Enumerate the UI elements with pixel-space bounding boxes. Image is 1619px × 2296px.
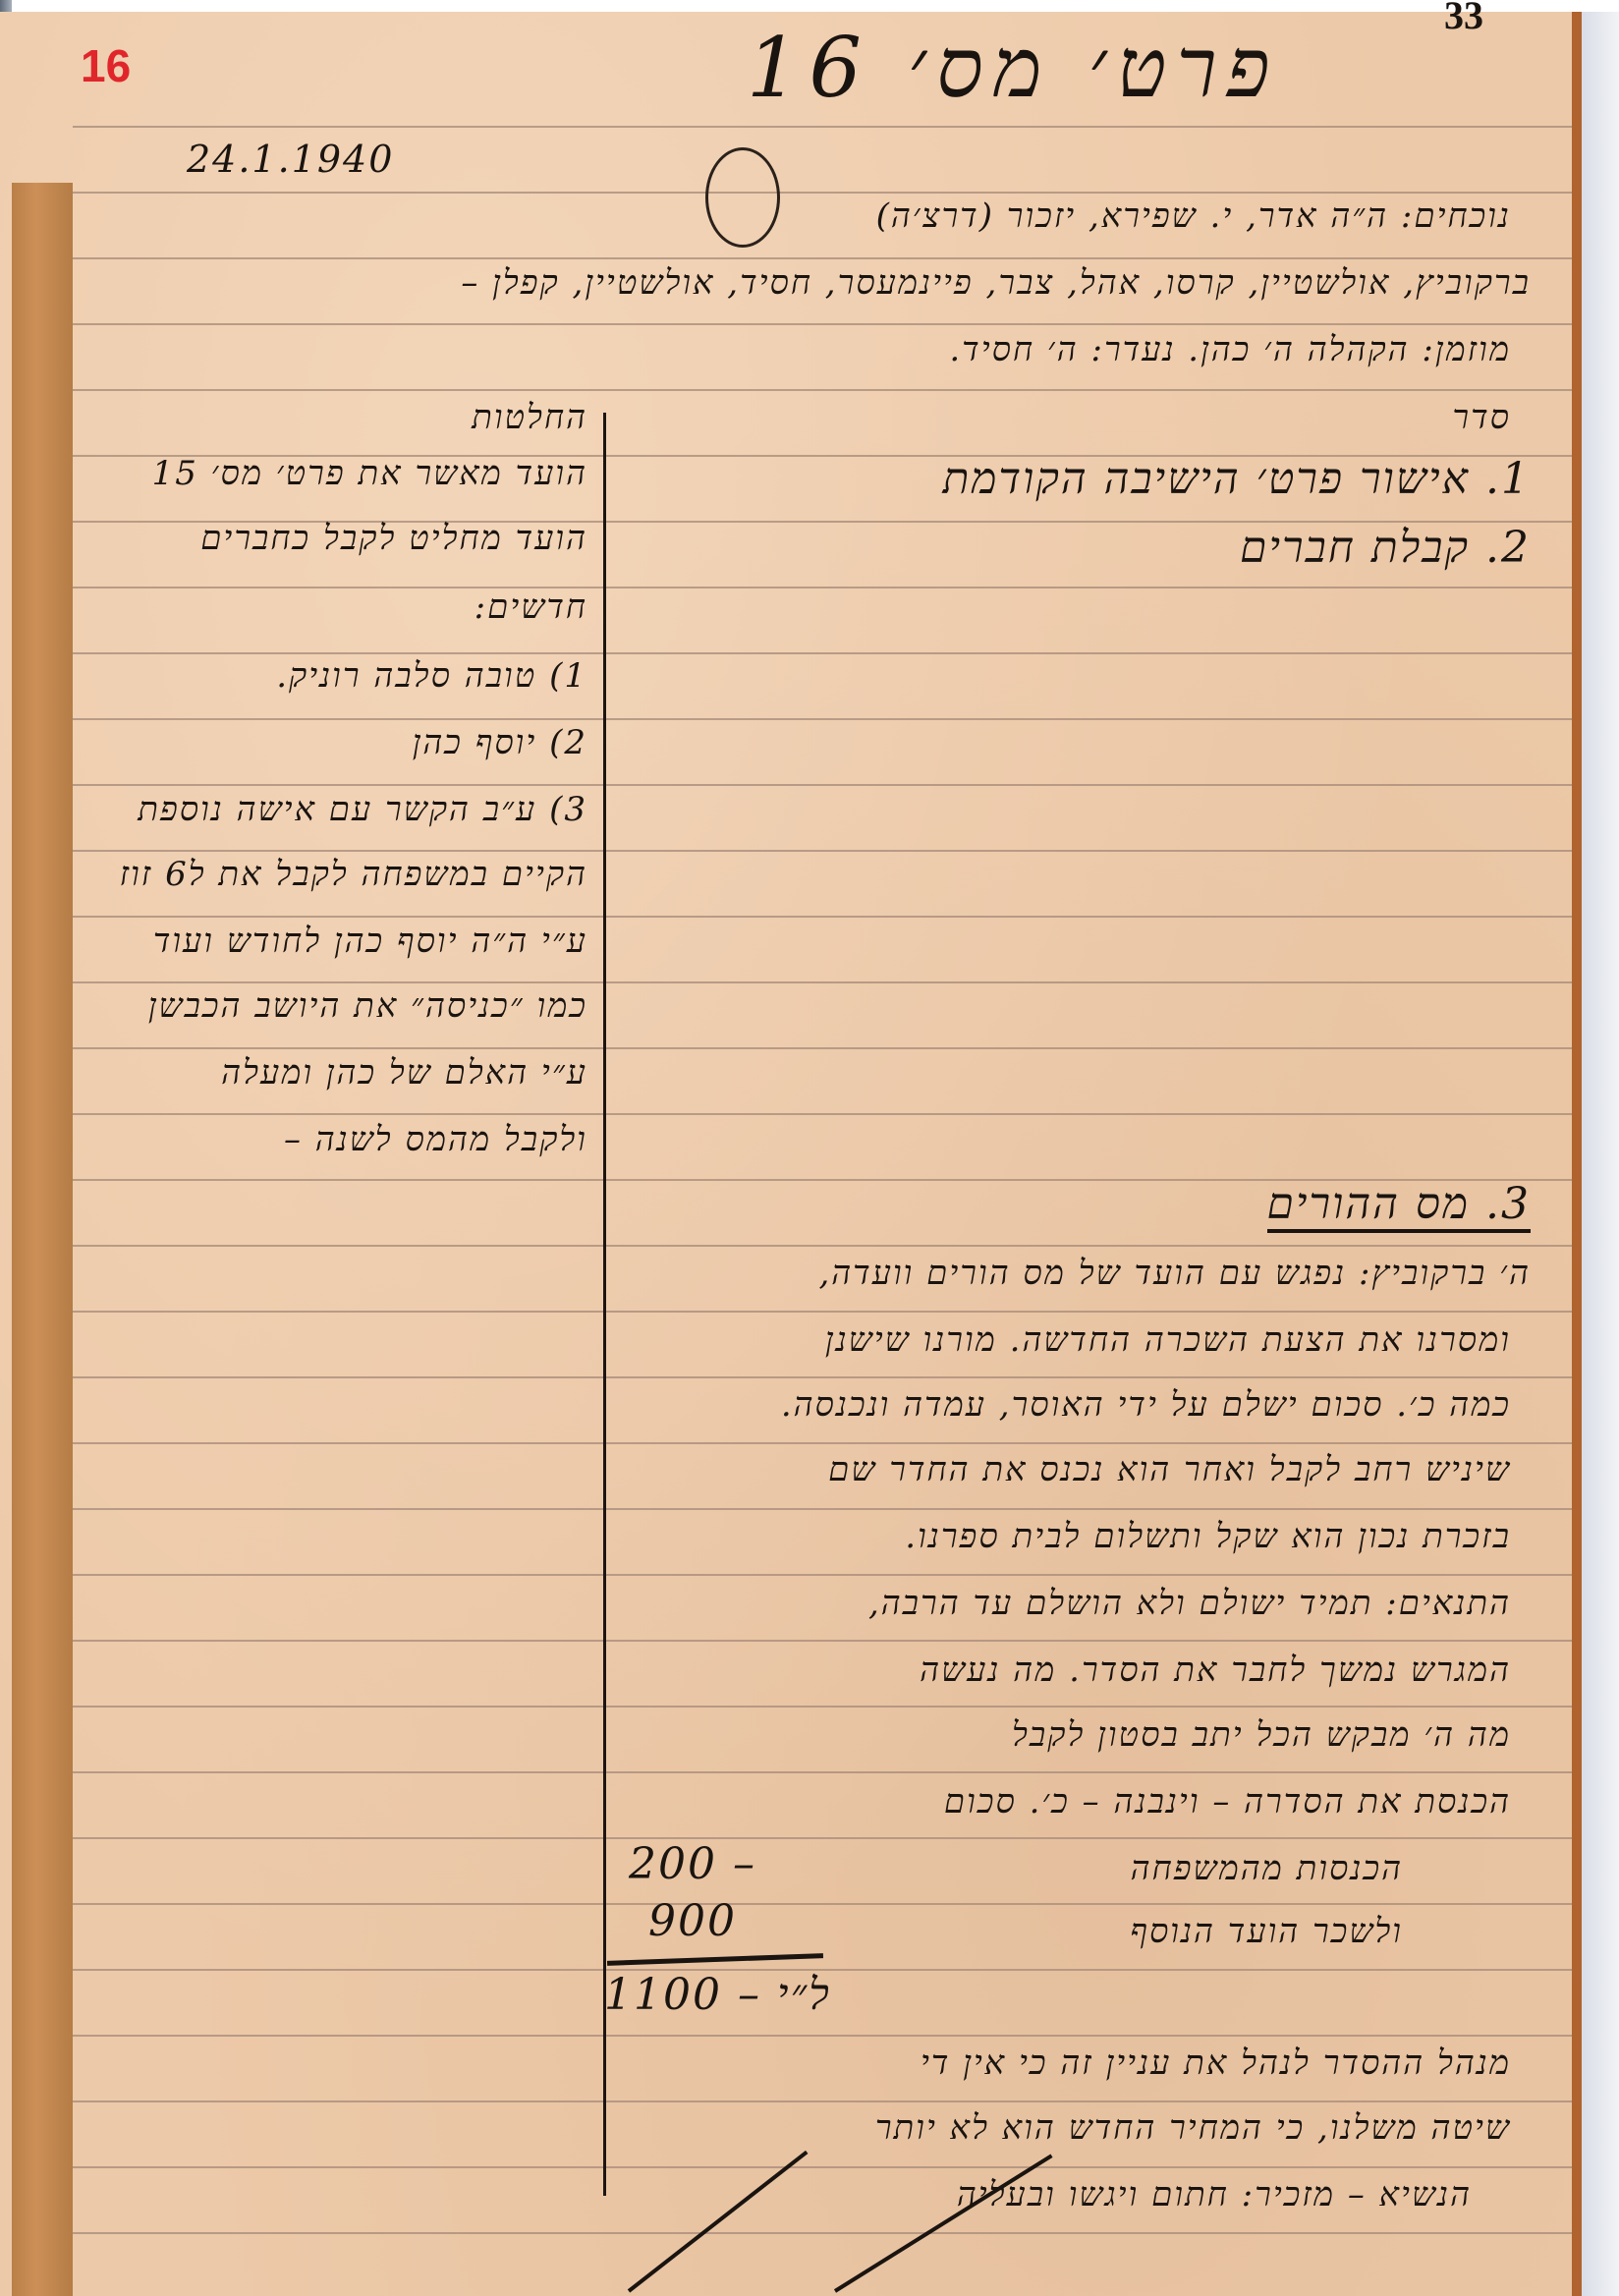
section3-line: התנאים: תמיד ישולם ולא הושלם עד הרבה, — [868, 1584, 1511, 1623]
ruled-line — [73, 1376, 1572, 1378]
ruled-line — [73, 981, 1572, 983]
section3-line: כמה כ׳. סכום ישלם על ידי האוסר, עמדה ונכ… — [781, 1385, 1511, 1425]
ruled-line — [73, 192, 1572, 194]
margin-divider-line — [603, 413, 606, 2196]
ruled-line — [73, 126, 1572, 128]
ruled-line — [73, 1903, 1572, 1905]
ruled-line — [73, 850, 1572, 852]
scan-background-strip — [1582, 12, 1619, 2296]
margin-note-line: ולקבל מהמס לשנה – — [284, 1120, 587, 1159]
ruled-line — [73, 389, 1572, 391]
margin-note-line: הועד מחליט לקבל כחברים — [200, 519, 587, 558]
ruled-line — [73, 257, 1572, 259]
section3-line: בזכרת נכון הוא שקל ותשלום לבית ספרנו. — [905, 1517, 1511, 1556]
ruled-line — [73, 587, 1572, 588]
ledger-row-amount: 200 – — [629, 1839, 756, 1889]
ruled-line — [73, 652, 1572, 654]
ruled-line — [73, 1706, 1572, 1708]
ruled-line — [73, 1837, 1572, 1839]
ledger-row-label: ולשכר הועד הנוסף — [1130, 1912, 1403, 1951]
ruled-line — [73, 1508, 1572, 1510]
ruled-line — [73, 784, 1572, 786]
margin-tape-strip — [12, 183, 73, 2296]
protocol-date: 24.1.1940 — [187, 138, 394, 181]
agenda-item-1: 1. אישור פרט׳ הישיבה הקודמת — [942, 454, 1531, 504]
ruled-line — [73, 718, 1572, 720]
section3-line: המגרש נמשך לחבר את הסדר. מה נעשה — [920, 1651, 1511, 1690]
ruled-line — [73, 916, 1572, 918]
margin-note-line: הקיים במשפחה לקבל את ל6 זוז — [120, 855, 587, 894]
ink-loop-mark — [705, 147, 780, 248]
ruled-line — [73, 1442, 1572, 1444]
margin-note-line: 1) טובה סלבה רוניק. — [276, 656, 587, 696]
ruled-line — [73, 1640, 1572, 1642]
closing-line: מנהל ההסדר לנהל את עניין זה כי אין די — [921, 2044, 1511, 2083]
closing-line: הנשיא – מזכיר: חתום ויגשו ובעליה — [957, 2175, 1472, 2214]
protocol-title: פרט׳ מס׳ 16 — [747, 20, 1280, 117]
ruled-line — [73, 2232, 1572, 2234]
ruled-line — [73, 1113, 1572, 1115]
attendees-line-3: מוזמן: הקהלה ה׳ כהן. נעדר: ה׳ חסיד. — [949, 330, 1511, 369]
ruled-line — [73, 2035, 1572, 2037]
section3-line: ומסרנו את הצעת השכרה החדשה. מורנו שישנן — [825, 1320, 1511, 1360]
margin-note-line: חדשים: — [475, 588, 587, 627]
ruled-line — [73, 323, 1572, 325]
margin-heading-decisions: החלטות — [472, 398, 587, 437]
section3-line: ה׳ ברקוביץ: נפגש עם הועד של מס הורים ווע… — [818, 1254, 1531, 1293]
margin-note-line: הועד מאשר את פרט׳ מס׳ 15 — [152, 454, 587, 493]
margin-note-line: ע״י האלם של כהן ומעלה — [221, 1053, 587, 1092]
section3-heading: 3. מס ההורים — [1267, 1179, 1532, 1233]
section3-line: הכנסת את הסדרה – וינבנה – כ׳. סכום — [944, 1782, 1511, 1821]
ruled-line — [73, 2100, 1572, 2102]
ruled-line — [73, 1245, 1572, 1247]
ruled-line — [73, 1311, 1572, 1313]
ruled-line — [73, 1047, 1572, 1049]
page-right-edge — [1572, 12, 1582, 2296]
margin-note-line: 2) יוסף כהן — [413, 723, 587, 762]
margin-note-line: 3) ע״ב הקשר עם אישה נוספת — [138, 790, 587, 829]
section3-line: מה ה׳ מבקש הכל יתב בסטון לקבל — [1012, 1715, 1511, 1755]
ruled-line — [73, 2166, 1572, 2168]
margin-note-line: ע״י ה״ה יוסף כהן לחודש ועוד — [153, 922, 587, 961]
printed-page-number: 33 — [1444, 0, 1483, 31]
closing-line: שיטה משלנו, כי המחיר החדש הוא לא יותר — [875, 2108, 1511, 2148]
ruled-line — [73, 1574, 1572, 1576]
agenda-label: סדר — [1452, 398, 1511, 437]
section3-line: שיניש רחב לקבל ואחר הוא נכנס את החדר שם — [828, 1450, 1511, 1489]
agenda-item-2: 2. קבלת חברים — [1240, 523, 1531, 573]
ruled-line — [73, 1771, 1572, 1773]
attendees-line-2: ברקוביץ, אולשטיין, קרסו, אהל, צבר, פיינמ… — [461, 263, 1531, 303]
attendees-line-1: נוכחים: ה״ה אדר, י. שפירא, יזכור (דרצ׳ה) — [876, 196, 1511, 236]
page-annotation-badge: 16 — [81, 39, 131, 92]
ledger-total: 1100 – ל״י — [604, 1970, 831, 2020]
ledger-row-amount: 900 — [648, 1896, 737, 1946]
margin-note-line: כמו ״כניסה״ את היושב הכבשן — [148, 986, 587, 1026]
ledger-row-label: הכנסות מהמשפחה — [1131, 1849, 1403, 1888]
